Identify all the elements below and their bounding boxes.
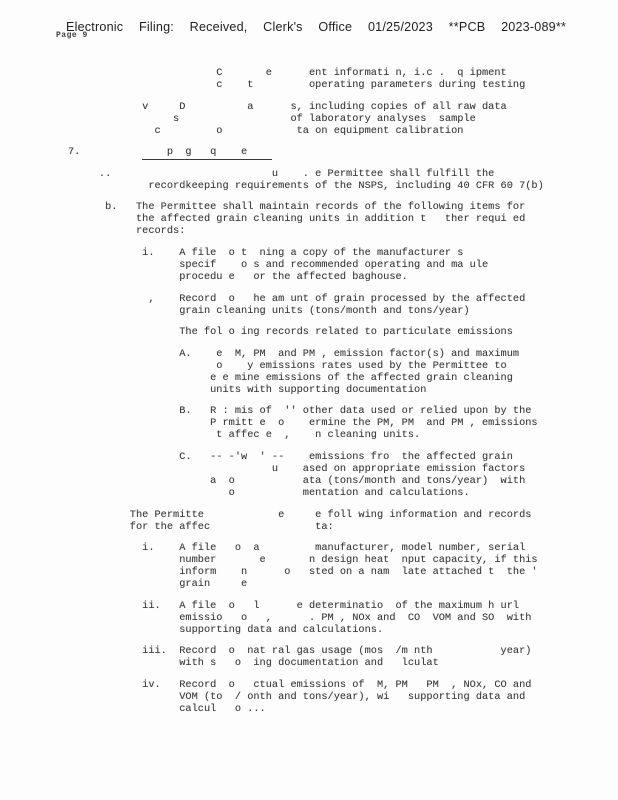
text-line: procedu e or the affected baghouse. — [68, 271, 544, 283]
text-line: iv. Record o ctual emissions of M, PM PM… — [68, 679, 544, 691]
text-line: recordkeeping requirements of the NSPS, … — [68, 180, 544, 192]
text-line: o mentation and calculations. — [68, 487, 544, 499]
text-line: v D a s, including copies of all raw dat… — [68, 101, 544, 113]
text-line: The Permitte e e foll wing information a… — [68, 509, 544, 521]
text-line: inform n o sted on a nam late attached t… — [68, 566, 544, 578]
section-heading-line: 7. p g q e — [68, 146, 544, 158]
page-number-label: Page 9 — [56, 31, 88, 40]
section-heading-block: 7. p g q e — [68, 146, 544, 158]
scanned-document-page: Electronic Filing: Received, Clerk's Off… — [0, 0, 618, 800]
text-line: .. u . e Permittee shall fulfill the — [68, 168, 544, 180]
text-line: number e n design heat nput capacity, if… — [68, 554, 544, 566]
paragraph-block: C e ent informati n, i.c . q ipment c t … — [68, 67, 544, 91]
text-line: e e mine emissions of the affected grain… — [68, 372, 544, 384]
text-line: i. A file o a manufacturer, model number… — [68, 542, 544, 554]
text-line: P rmitt e o ermine the PM, PM and PM , e… — [68, 417, 544, 429]
text-line: grain cleaning units (tons/month and ton… — [68, 305, 544, 317]
text-line: calcul o ... — [68, 703, 544, 715]
paragraph-block: .. u . e Permittee shall fulfill the rec… — [68, 168, 544, 192]
paragraph-block: ii. A file o l e determinatio of the max… — [68, 600, 544, 636]
text-line: , Record o he am unt of grain processed … — [68, 293, 544, 305]
paragraph-block: A. e M, PM and PM , emission factor(s) a… — [68, 348, 544, 396]
paragraph-block: i. A file o t ning a copy of the manufac… — [68, 247, 544, 283]
text-line: units with supporting documentation — [68, 384, 544, 396]
text-line: u ased on appropriate emission factors — [68, 463, 544, 475]
paragraph-block: i. A file o a manufacturer, model number… — [68, 542, 544, 590]
section-number: 7. — [68, 146, 142, 158]
paragraph-block: iii. Record o nat ral gas usage (mos /m … — [68, 645, 544, 669]
text-line: VOM (to / onth and tons/year), wi suppor… — [68, 691, 544, 703]
text-line: c t operating parameters during testing — [68, 79, 544, 91]
text-line: t affec e , n cleaning units. — [68, 429, 544, 441]
text-line: o y emissions rates used by the Permitte… — [68, 360, 544, 372]
text-line: for the affec ta: — [68, 521, 544, 533]
text-line: specif o s and recommended operating and… — [68, 259, 544, 271]
text-line: s of laboratory analyses sample — [68, 113, 544, 125]
text-line: i. A file o t ning a copy of the manufac… — [68, 247, 544, 259]
paragraph-block: The Permitte e e foll wing information a… — [68, 509, 544, 533]
text-line: the affected grain cleaning units in add… — [68, 213, 544, 225]
text-line: The fol o ing records related to particu… — [68, 326, 544, 338]
text-line: a o ata (tons/month and tons/year) with — [68, 475, 544, 487]
text-line: records: — [68, 225, 544, 237]
text-line: iii. Record o nat ral gas usage (mos /m … — [68, 645, 544, 657]
text-line: supporting data and calculations. — [68, 624, 544, 636]
paragraph-block: , Record o he am unt of grain processed … — [68, 293, 544, 317]
paragraph-block: The fol o ing records related to particu… — [68, 326, 544, 338]
text-line: C. -- -'w ' -- emissions fro the affecte… — [68, 451, 544, 463]
text-line: c o ta on equipment calibration — [68, 125, 544, 137]
text-line: C e ent informati n, i.c . q ipment — [68, 67, 544, 79]
electronic-filing-header: Electronic Filing: Received, Clerk's Off… — [66, 20, 566, 34]
text-line: emissio o , . PM , NOx and CO VOM and SO… — [68, 612, 544, 624]
underlined-heading-text: p g q e — [142, 146, 272, 160]
paragraph-block: C. -- -'w ' -- emissions fro the affecte… — [68, 451, 544, 499]
text-line: ii. A file o l e determinatio of the max… — [68, 600, 544, 612]
document-body: C e ent informati n, i.c . q ipment c t … — [68, 67, 544, 725]
paragraph-block: v D a s, including copies of all raw dat… — [68, 101, 544, 137]
paragraph-block: B. R : mis of '' other data used or reli… — [68, 405, 544, 441]
text-line: with s o ing documentation and lculat — [68, 657, 544, 669]
text-line: grain e — [68, 578, 544, 590]
text-line: B. R : mis of '' other data used or reli… — [68, 405, 544, 417]
paragraph-block: iv. Record o ctual emissions of M, PM PM… — [68, 679, 544, 715]
paragraph-block: b. The Permittee shall maintain records … — [68, 201, 544, 237]
text-line: b. The Permittee shall maintain records … — [68, 201, 544, 213]
text-line: A. e M, PM and PM , emission factor(s) a… — [68, 348, 544, 360]
